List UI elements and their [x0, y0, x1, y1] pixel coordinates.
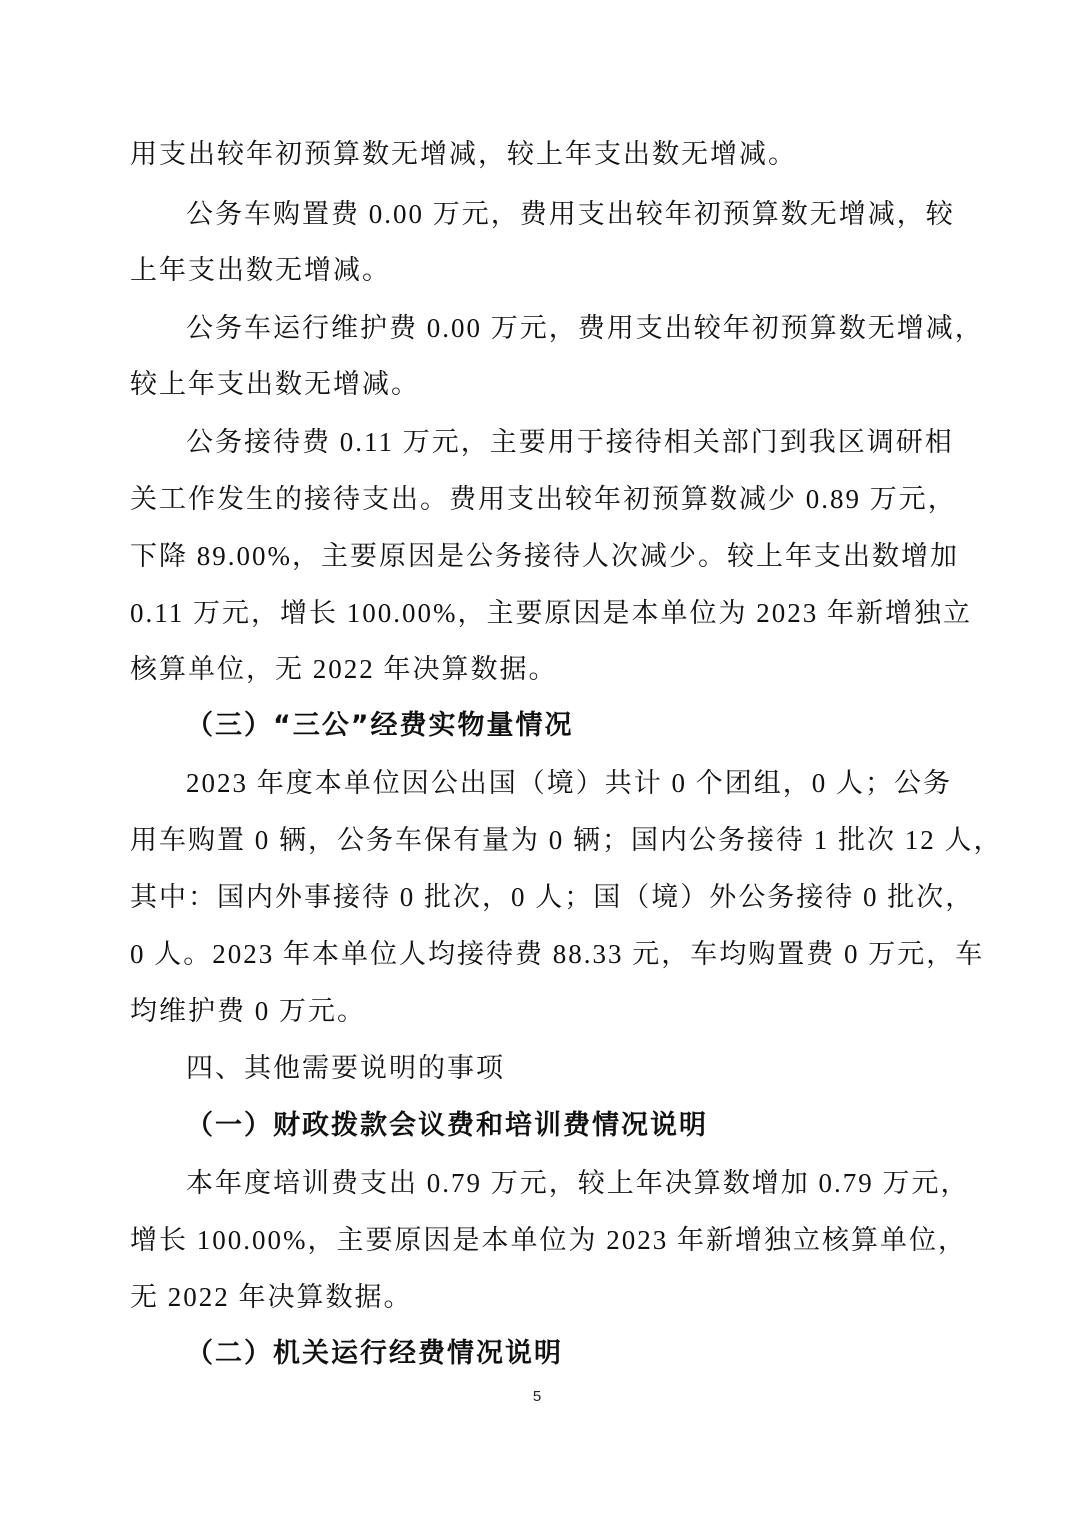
document-page: 用支出较年初预算数无增减，较上年支出数无增减。公务车购置费 0.00 万元，费用…: [0, 0, 1074, 1520]
paragraph-line: 增长 100.00%，主要原因是本单位为 2023 年新增独立核算单位，: [130, 1222, 945, 1258]
section-heading: 四、其他需要说明的事项: [186, 1051, 505, 1087]
paragraph-line: 公务车运行维护费 0.00 万元，费用支出较年初预算数无增减，: [186, 310, 945, 346]
paragraph-line: 下降 89.00%，主要原因是公务接待人次减少。较上年支出数增加: [130, 538, 945, 574]
section-heading: （一）财政拨款会议费和培训费情况说明: [186, 1108, 708, 1144]
section-heading: （三）“三公”经费实物量情况: [186, 708, 574, 744]
paragraph-line: 0 人。2023 年本单位人均接待费 88.33 元，车均购置费 0 万元，车: [130, 936, 945, 972]
paragraph-line: 0.11 万元，增长 100.00%，主要原因是本单位为 2023 年新增独立: [130, 595, 945, 631]
paragraph-line: 关工作发生的接待支出。费用支出较年初预算数减少 0.89 万元，: [130, 481, 945, 517]
paragraph-line: 用支出较年初预算数无增减，较上年支出数无增减。: [130, 136, 945, 172]
paragraph-line: 用车购置 0 辆，公务车保有量为 0 辆；国内公务接待 1 批次 12 人，: [130, 822, 945, 858]
paragraph-line: 2023 年度本单位因公出国（境）共计 0 个团组，0 人；公务: [186, 765, 945, 801]
paragraph-line: 本年度培训费支出 0.79 万元，较上年决算数增加 0.79 万元，: [186, 1165, 945, 1201]
paragraph-line: 公务接待费 0.11 万元，主要用于接待相关部门到我区调研相: [186, 424, 945, 460]
paragraph-line: 均维护费 0 万元。: [130, 993, 945, 1029]
paragraph-line: 其中：国内外事接待 0 批次，0 人；国（境）外公务接待 0 批次，: [130, 879, 945, 915]
paragraph-line: 公务车购置费 0.00 万元，费用支出较年初预算数无增减，较: [186, 196, 945, 232]
paragraph-line: 无 2022 年决算数据。: [130, 1279, 945, 1315]
section-heading: （二）机关运行经费情况说明: [186, 1336, 563, 1372]
paragraph-line: 较上年支出数无增减。: [130, 366, 945, 402]
paragraph-line: 核算单位，无 2022 年决算数据。: [130, 651, 945, 687]
paragraph-line: 上年支出数无增减。: [130, 252, 945, 288]
page-number: 5: [0, 1388, 1074, 1405]
